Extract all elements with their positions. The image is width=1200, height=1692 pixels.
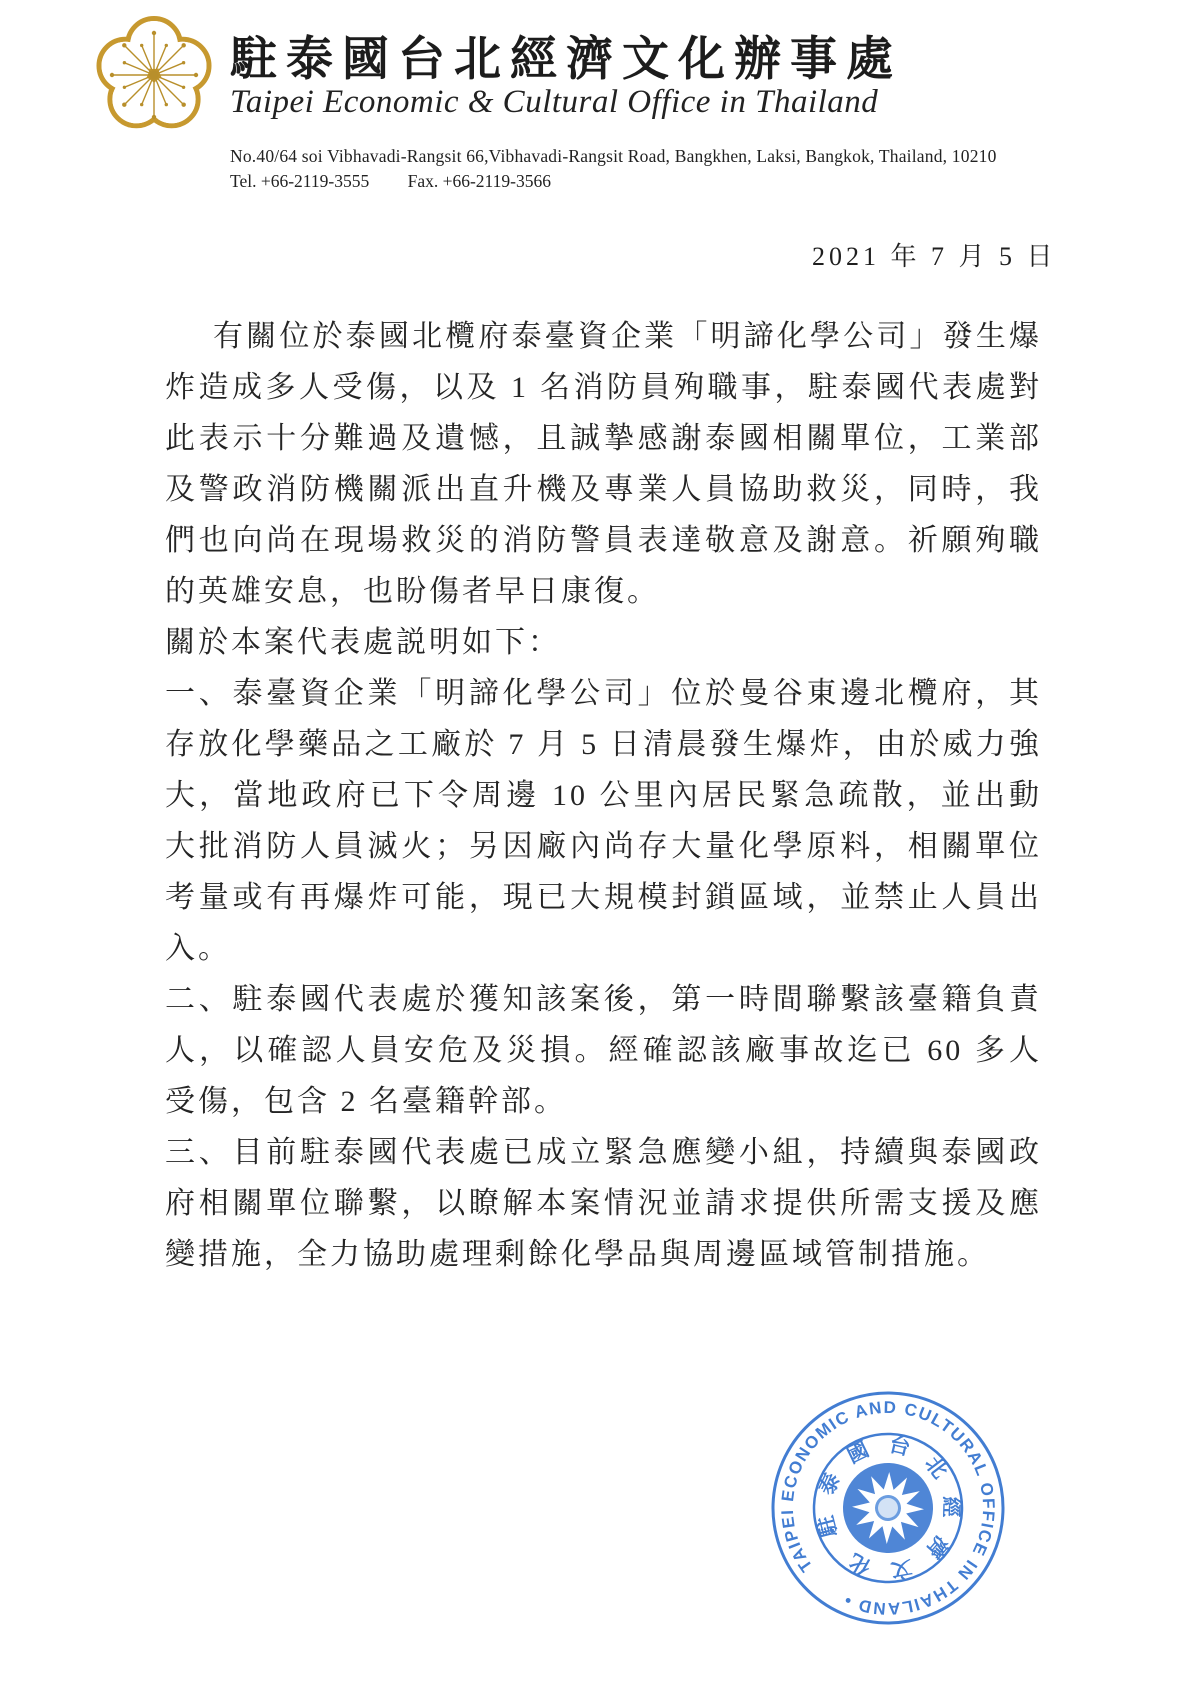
paragraph-item-2: 二、駐泰國代表處於獲知該案後，第一時間聯繫該臺籍負責人，以確認人員安危及災損。經… <box>165 974 1042 1127</box>
paragraph-item-1: 一、泰臺資企業「明諦化學公司」位於曼谷東邊北欖府，其存放化學藥品之工廠於 7 月… <box>165 668 1042 974</box>
official-seal: TAIPEI ECONOMIC AND CULTURAL OFFICE IN T… <box>763 1383 1013 1633</box>
org-contact: Tel. +66-2119-3555 Fax. +66-2119-3566 <box>230 171 830 192</box>
org-title-zh: 駐泰國台北經濟文化辦事處 <box>230 22 950 89</box>
letter-body: 有關位於泰國北欖府泰臺資企業「明諦化學公司」發生爆炸造成多人受傷，以及 1 名消… <box>165 311 1042 1280</box>
org-fax: Fax. +66-2119-3566 <box>408 171 551 191</box>
plum-blossom-icon <box>93 14 215 136</box>
paragraph-intro: 有關位於泰國北欖府泰臺資企業「明諦化學公司」發生爆炸造成多人受傷，以及 1 名消… <box>165 311 1042 617</box>
org-title-en: Taipei Economic & Cultural Office in Tha… <box>230 84 950 121</box>
letter-page: 駐泰國台北經濟文化辦事處 Taipei Economic & Cultural … <box>0 0 1200 1692</box>
sun-emblem-icon <box>841 1461 934 1554</box>
org-tel: Tel. +66-2119-3555 <box>230 171 369 191</box>
letter-date: 2021 年 7 月 5 日 <box>812 236 1057 273</box>
org-address: No.40/64 soi Vibhavadi-Rangsit 66,Vibhav… <box>230 146 1050 167</box>
paragraph-note: 關於本案代表處説明如下： <box>165 617 1042 668</box>
paragraph-item-3: 三、目前駐泰國代表處已成立緊急應變小組，持續與泰國政府相關單位聯繫，以瞭解本案情… <box>165 1127 1042 1280</box>
